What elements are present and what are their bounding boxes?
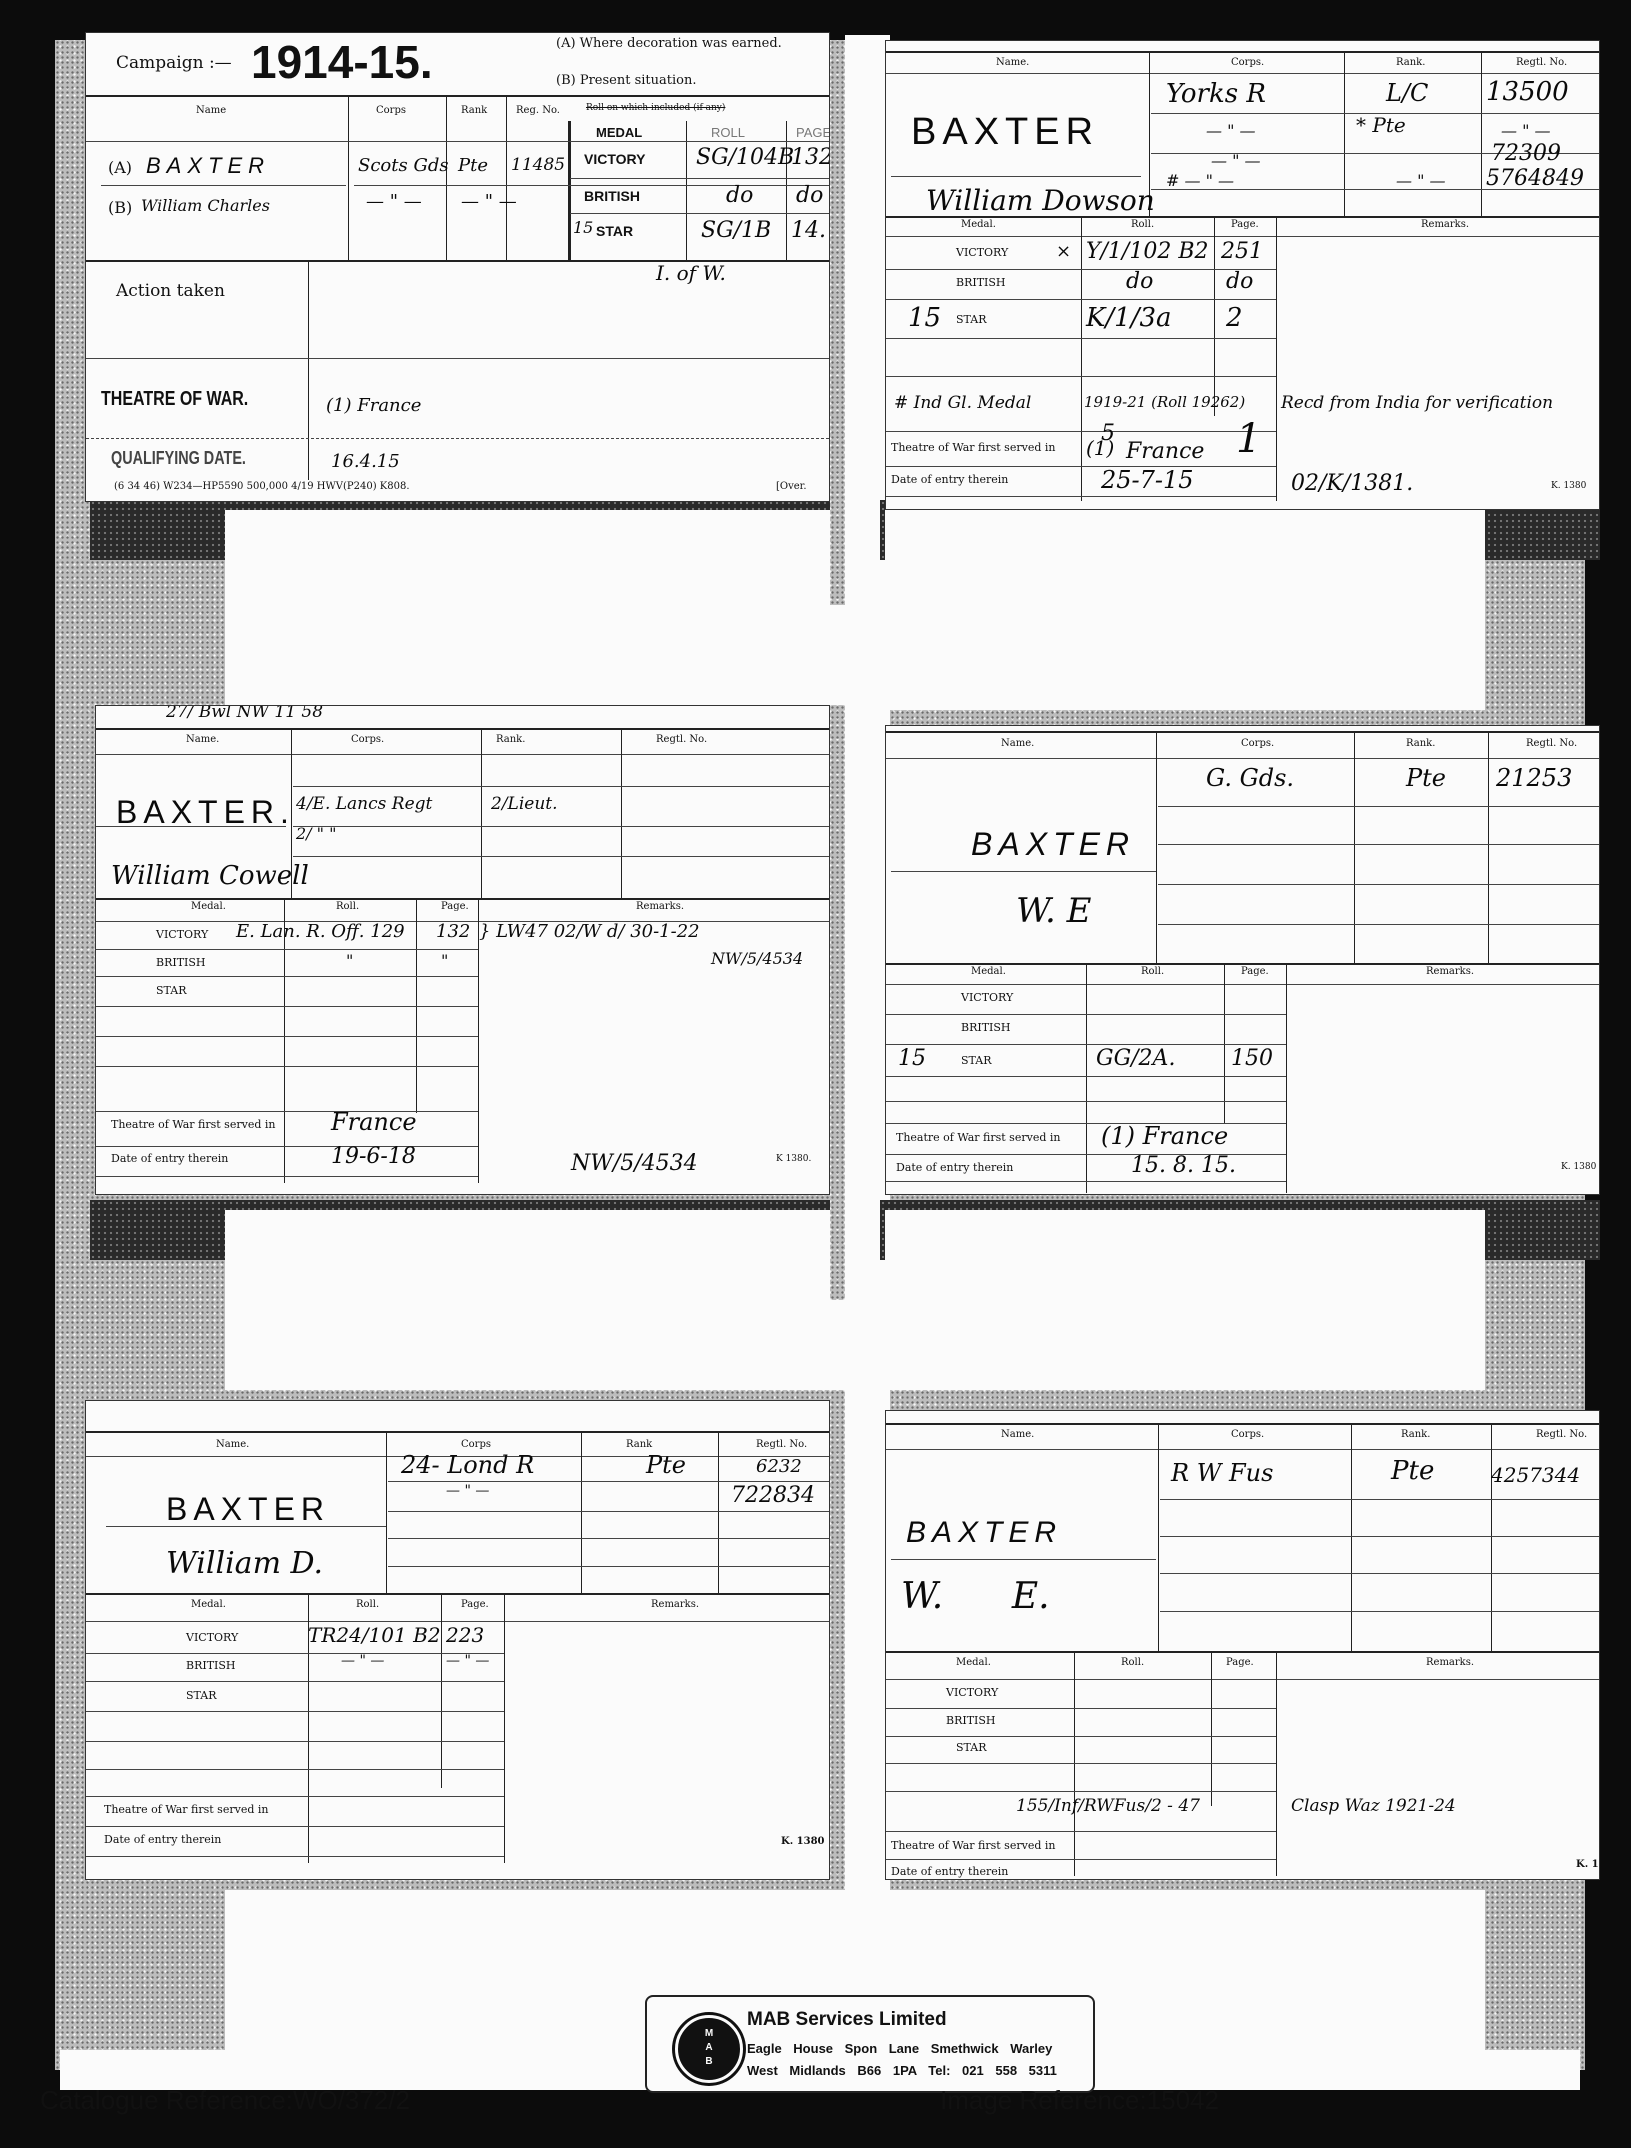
header-medal: MEDAL xyxy=(596,125,642,140)
corps-1: R W Fus xyxy=(1171,1459,1273,1487)
entry-label: Date of entry therein xyxy=(111,1152,228,1165)
remarks-line1: } LW47 02/W d/ 30-1-22 xyxy=(479,921,700,942)
theatre-value: France xyxy=(331,1108,417,1136)
regtl-no-1: 21253 xyxy=(1496,764,1572,792)
rank-1: Pte xyxy=(1406,764,1446,792)
corps-1: 4/E. Lancs Regt xyxy=(296,794,432,814)
stamp-address-1: Eagle House Spon Lane Smethwick Warley xyxy=(747,2041,1052,2056)
medal-british: BRITISH xyxy=(584,188,640,204)
qualifying-date-value: 16.4.15 xyxy=(331,451,400,472)
header-regtl-no: Regtl. No. xyxy=(656,734,707,745)
rank-1: Pte xyxy=(1391,1456,1434,1486)
roll-victory: SG/104B xyxy=(696,145,794,170)
header-roll: Roll. xyxy=(1121,1657,1144,1668)
medal-card-2: Name. Corps. Rank. Regtl. No. BAXTER Wil… xyxy=(885,40,1600,510)
print-code: (6 34 46) W234—HP5590 500,000 4/19 HWV(P… xyxy=(114,481,410,492)
roll-british: do xyxy=(1126,269,1153,294)
form-code: K. 1380 xyxy=(1561,1162,1596,1172)
extra-remarks: Recd from India for verification xyxy=(1281,393,1553,413)
extra-medal: # Ind Gl. Medal xyxy=(894,393,1031,413)
theatre-label: Theatre of War first served in xyxy=(891,441,1055,454)
regtl-no-1: 6232 xyxy=(756,1456,802,1477)
roll-victory: TR24/101 B2 xyxy=(308,1623,441,1647)
form-code: K 1380. xyxy=(776,1154,811,1164)
header-rank: Rank xyxy=(626,1439,652,1450)
entry-label: Date of entry therein xyxy=(891,473,1008,486)
header-name: Name. xyxy=(996,57,1029,68)
medal-british: BRITISH xyxy=(186,1659,236,1672)
regtl-no-3: 72309 xyxy=(1491,141,1561,166)
header-rank: Rank. xyxy=(496,734,525,745)
header-corps: Corps xyxy=(376,105,406,116)
header-corps: Corps. xyxy=(1231,1429,1264,1440)
page-star: 2 xyxy=(1226,303,1243,333)
rank-2: * Pte xyxy=(1356,113,1406,137)
medal-british: BRITISH xyxy=(946,1714,996,1727)
rank-1: L/C xyxy=(1386,79,1428,107)
form-code: K. 1380 xyxy=(1551,481,1586,491)
note-b: (B) Present situation. xyxy=(556,73,696,88)
theatre-roll: (1) xyxy=(1086,436,1114,460)
regtl-no-4: 5764849 xyxy=(1486,166,1584,191)
medal-victory: VICTORY xyxy=(186,1631,238,1644)
page-star: 150 xyxy=(1231,1046,1273,1071)
entry-label: Date of entry therein xyxy=(896,1161,1013,1174)
medal-star: STAR xyxy=(186,1689,217,1702)
header-name: Name. xyxy=(216,1439,249,1450)
header-rank: Rank. xyxy=(1406,738,1435,749)
header-remarks: Remarks. xyxy=(636,901,684,912)
header-name: Name. xyxy=(186,734,219,745)
star-prefix: 15 xyxy=(908,303,941,333)
medal-victory: VICTORY xyxy=(946,1686,998,1699)
medal-british: BRITISH xyxy=(956,276,1006,289)
entry-label: Date of entry therein xyxy=(104,1833,221,1846)
medal-british: BRITISH xyxy=(156,956,206,969)
forenames: William Dowson xyxy=(926,184,1155,217)
roll-british: — " — xyxy=(341,1653,384,1669)
extra-roll: 1919-21 (Roll 19262) xyxy=(1084,393,1245,411)
corps-2: — " — xyxy=(446,1483,489,1499)
header-regtl-no: Regtl. No. xyxy=(1536,1429,1587,1440)
header-roll: ROLL xyxy=(711,125,745,140)
theatre-value: (1) France xyxy=(326,395,421,416)
roll-star: GG/2A. xyxy=(1096,1046,1175,1071)
theatre-label: THEATRE OF WAR. xyxy=(101,388,248,411)
medal-star: STAR xyxy=(956,1741,987,1754)
roll-british: do xyxy=(726,183,753,208)
medal-british: BRITISH xyxy=(961,1021,1011,1034)
rank-1: Pte xyxy=(646,1451,686,1479)
roll-star: K/1/3a xyxy=(1086,303,1172,333)
header-roll: Roll. xyxy=(1131,219,1154,230)
image-reference: Image Reference:15042 xyxy=(940,2085,1219,2116)
header-remarks: Remarks. xyxy=(1426,966,1474,977)
remarks-ref: 02/K/1381. xyxy=(1291,471,1413,496)
star-prefix: 15 xyxy=(898,1046,926,1071)
header-medal: Medal. xyxy=(191,1599,226,1610)
header-rank: Rank xyxy=(461,105,487,116)
forenames: William Cowell xyxy=(111,861,309,891)
header-page: Page. xyxy=(1226,1657,1254,1668)
corps-3: — " — xyxy=(1211,151,1261,170)
surname: BAXTER xyxy=(971,826,1135,863)
forenames: William Charles xyxy=(141,196,270,215)
header-corps: Corps. xyxy=(351,734,384,745)
victory-mark: × xyxy=(1056,241,1071,262)
medal-card-5: Name. Corps Rank Regtl. No. BAXTER Willi… xyxy=(85,1400,830,1880)
page-british: do xyxy=(796,183,823,208)
header-name: Name xyxy=(196,105,226,116)
corps-2: 2/ " " xyxy=(296,824,336,843)
header-page: Page. xyxy=(1241,966,1269,977)
ditto-mark: — " — xyxy=(461,191,517,212)
page-victory: 132 xyxy=(436,921,470,942)
header-remarks: Remarks. xyxy=(1426,1657,1474,1668)
header-name: Name. xyxy=(1001,738,1034,749)
header-medal: Medal. xyxy=(956,1657,991,1668)
surname: BAXTER. xyxy=(116,794,295,831)
header-regtl-no: Regtl. No. xyxy=(1526,738,1577,749)
stamp-address-2: West Midlands B66 1PA Tel: 021 558 5311 xyxy=(747,2063,1057,2078)
surname: BAXTER xyxy=(906,1516,1062,1550)
header-page: Page. xyxy=(1231,219,1259,230)
action-taken-value: I. of W. xyxy=(656,261,726,285)
page-victory: 132 xyxy=(791,145,830,170)
header-rank: Rank. xyxy=(1401,1429,1430,1440)
stamp-company: MAB Services Limited xyxy=(747,2009,947,2031)
theatre-label: Theatre of War first served in xyxy=(891,1839,1055,1852)
theatre-label: Theatre of War first served in xyxy=(896,1131,1060,1144)
rank-value: Pte xyxy=(458,155,488,176)
name-b-prefix: (B) xyxy=(108,198,132,217)
regtl-no-1: 4257344 xyxy=(1491,1463,1580,1487)
corps-1: Yorks R xyxy=(1166,79,1266,109)
medal-victory: VICTORY xyxy=(956,246,1008,259)
top-note: 27/ Bwl NW 11 58 xyxy=(166,705,323,722)
mab-services-stamp: M A B MAB Services Limited Eagle House S… xyxy=(645,1995,1095,2093)
header-medal: Medal. xyxy=(971,966,1006,977)
medal-victory: VICTORY xyxy=(584,151,645,167)
regtl-no-2: 722834 xyxy=(731,1483,815,1508)
medal-star: STAR xyxy=(596,223,633,239)
medal-star: STAR xyxy=(156,984,187,997)
header-remarks: Remarks. xyxy=(651,1599,699,1610)
corps-1: 24- Lond R xyxy=(401,1451,534,1479)
entry-value: 15. 8. 15. xyxy=(1131,1153,1236,1178)
medal-victory: VICTORY xyxy=(961,991,1013,1004)
corps-1: G. Gds. xyxy=(1206,764,1294,792)
theatre-value: France xyxy=(1126,439,1204,464)
form-code: K. 13 xyxy=(1576,1859,1600,1870)
rank-1: 2/Lieut. xyxy=(491,794,558,814)
catalogue-reference: Catalogue Reference:WO/372/2 xyxy=(40,2085,410,2116)
header-rank: Rank. xyxy=(1396,57,1425,68)
header-corps: Corps xyxy=(461,1439,491,1450)
header-regtl-no: Regtl. No. xyxy=(1516,57,1567,68)
regtl-no-1: 13500 xyxy=(1486,77,1569,107)
medal-victory: VICTORY xyxy=(156,928,208,941)
medal-card-3: 27/ Bwl NW 11 58 Name. Corps. Rank. Regt… xyxy=(95,705,830,1195)
extra-remarks: Clasp Waz 1921-24 xyxy=(1291,1796,1456,1816)
roll-star: SG/1B xyxy=(701,218,771,243)
surname: BAXTER xyxy=(911,111,1099,154)
header-roll: Roll. xyxy=(1141,966,1164,977)
corps-value: Scots Gds xyxy=(358,155,449,176)
theatre-page: 1 xyxy=(1236,416,1261,462)
page-star: 14. xyxy=(791,218,826,243)
rank-4: — " — xyxy=(1396,171,1446,190)
medal-star: STAR xyxy=(956,313,987,326)
roll-victory: Y/1/102 B2 xyxy=(1086,239,1209,264)
surname: BAXTER xyxy=(166,1491,330,1528)
medal-card-1: Campaign :— 1914-15. (A) Where decoratio… xyxy=(85,32,830,502)
regtl-no-2: — " — xyxy=(1501,121,1551,140)
roll-british: " xyxy=(346,951,353,970)
name-a-prefix: (A) xyxy=(108,158,132,177)
header-name: Name. xyxy=(1001,1429,1034,1440)
extra-roll: 155/Inf/RWFus/2 - 47 xyxy=(1016,1796,1200,1816)
reg-no-value: 11485 xyxy=(511,155,565,175)
header-page: Page. xyxy=(461,1599,489,1610)
header-regtl-no: Regtl. No. xyxy=(756,1439,807,1450)
page-british: " xyxy=(441,951,448,970)
star-prefix: 15 xyxy=(573,218,593,237)
theatre-label: Theatre of War first served in xyxy=(111,1118,275,1131)
header-reg-no: Reg. No. xyxy=(516,105,560,116)
campaign-label: Campaign :— xyxy=(116,53,232,73)
medal-card-6: Name. Corps. Rank. Regtl. No. BAXTER W. … xyxy=(885,1410,1600,1880)
page-british: — " — xyxy=(446,1653,489,1669)
header-roll: Roll. xyxy=(356,1599,379,1610)
header-corps: Corps. xyxy=(1231,57,1264,68)
entry-value: 19-6-18 xyxy=(331,1144,416,1169)
page-victory: 223 xyxy=(446,1623,484,1647)
header-page: Page. xyxy=(441,901,469,912)
header-roll: Roll. xyxy=(336,901,359,912)
page-british: do xyxy=(1226,269,1253,294)
forenames: W. E. xyxy=(901,1576,1050,1617)
surname: BAXTER xyxy=(146,153,270,179)
forenames: W. E xyxy=(1016,891,1091,931)
forenames: William D. xyxy=(166,1546,323,1581)
ditto-mark: — " — xyxy=(366,191,422,212)
note-a: (A) Where decoration was earned. xyxy=(556,36,782,51)
center-divider xyxy=(845,35,890,1995)
remarks-line2: NW/5/4534 xyxy=(711,949,803,968)
campaign-year: 1914-15. xyxy=(251,35,433,89)
header-corps: Corps. xyxy=(1241,738,1274,749)
medal-star: STAR xyxy=(961,1054,992,1067)
over-note: [Over. xyxy=(776,481,807,492)
header-medal: Medal. xyxy=(961,219,996,230)
page-victory: 251 xyxy=(1221,239,1263,264)
corps-4: # — " — xyxy=(1166,171,1234,190)
theatre-value: (1) France xyxy=(1101,1122,1228,1150)
header-page: PAGE xyxy=(796,125,830,140)
mount-window xyxy=(540,605,1170,705)
remarks-ref: NW/5/4534 xyxy=(571,1151,698,1176)
header-remarks: Remarks. xyxy=(1421,219,1469,230)
entry-value: 25-7-15 xyxy=(1101,466,1194,494)
qualifying-date-label: QUALIFYING DATE. xyxy=(111,448,246,469)
action-taken-label: Action taken xyxy=(116,281,225,301)
header-roll-caption: Roll on which included (if any) xyxy=(586,103,725,113)
corps-2: — " — xyxy=(1206,121,1256,140)
mount-window xyxy=(540,1300,1170,1390)
mab-logo-icon: M A B xyxy=(675,2015,743,2083)
medal-card-4: Name. Corps. Rank. Regtl. No. BAXTER W. … xyxy=(885,725,1600,1195)
header-medal: Medal. xyxy=(191,901,226,912)
theatre-label: Theatre of War first served in xyxy=(104,1803,268,1816)
entry-label: Date of entry therein xyxy=(891,1865,1008,1878)
form-code: K. 1380 xyxy=(781,1836,825,1847)
roll-victory: E. Lan. R. Off. 129 xyxy=(236,921,405,942)
